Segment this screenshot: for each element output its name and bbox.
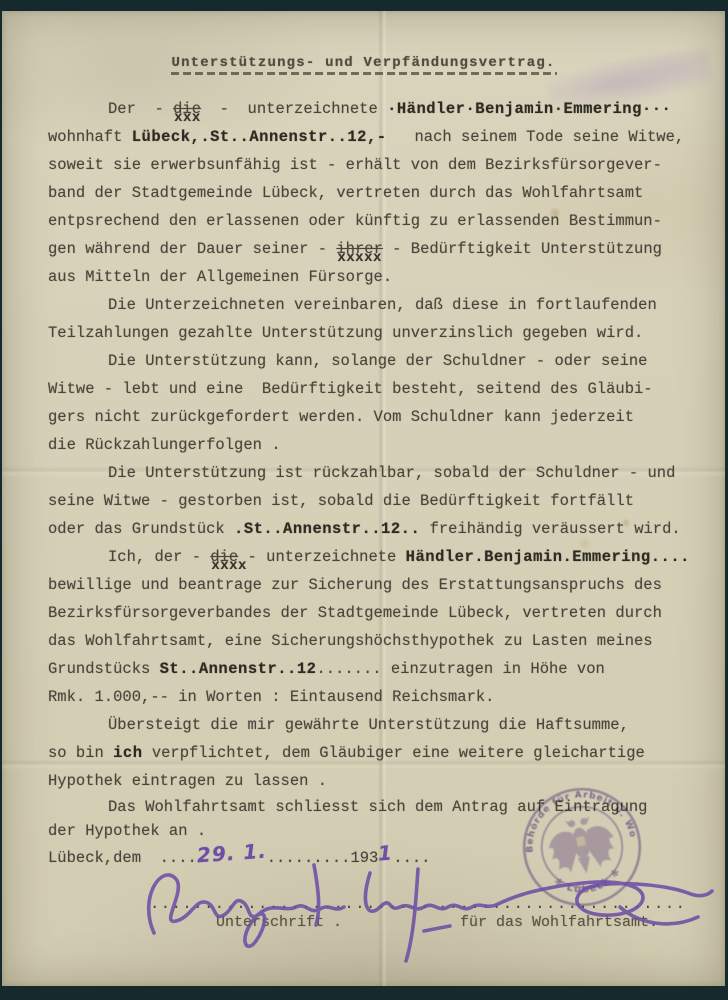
doc-line-6: gen während der Dauer seiner - ihrerxxxx… [48, 235, 691, 263]
overtyped-bold-text: St..Annenstr..12 [160, 660, 317, 678]
doc-line-9: Teilzahlungen gezahlte Unterstützung unv… [48, 319, 691, 347]
overtyped-bold-text: Händler.Benjamin.Emmering.... [406, 548, 690, 566]
struck-out-word: diexxxx [210, 543, 238, 571]
doc-line-14: Die Unterstützung ist rückzahlbar, sobal… [48, 459, 691, 487]
doc-line-20: das Wohlfahrtsamt, eine Sicherungshöchst… [48, 627, 691, 655]
doc-line-2: wohnhaft Lübeck,.St..Annenstr..12,- nach… [48, 123, 691, 151]
struck-out-word: diexxx [173, 95, 201, 123]
overtyped-bold-text: Lübeck,.St..Annenstr..12,- [132, 128, 387, 146]
doc-line-12: gers nicht zurückgefordert werden. Vom S… [48, 403, 691, 431]
overtyped-bold-text: ·Händler·Benjamin·Emmering··· [387, 100, 671, 118]
doc-line-4: band der Stadtgemeinde Lübeck, vertreten… [48, 179, 691, 207]
document-title: Unterstützungs- und Verpfändungsvertrag. [2, 55, 725, 71]
doc-line-13: die Rückzahlungerfolgen . [48, 431, 691, 459]
signature-ink [118, 847, 714, 977]
doc-line-5: entpsrechend den erlassenen oder künftig… [48, 207, 691, 235]
doc-line-3: soweit sie erwerbsunfähig ist - erhält v… [48, 151, 691, 179]
doc-line-23: Übersteigt die mir gewährte Unterstützun… [48, 711, 691, 739]
doc-line-16: oder das Grundstück .St..Annenstr..12.. … [48, 515, 691, 543]
doc-line-21: Grundstücks St..Annenstr..12....... einz… [48, 655, 691, 683]
doc-line-10: Die Unterstützung kann, solange der Schu… [48, 347, 691, 375]
doc-line-8: Die Unterzeichneten vereinbaren, daß die… [48, 291, 691, 319]
doc-line-22: Rmk. 1.000,-- in Worten : Eintausend Rei… [48, 683, 691, 711]
scanned-document-screenshot: { "colors": { "background": "#16292c", "… [0, 0, 728, 1000]
doc-line-24: so bin ich verpflichtet, dem Gläubiger e… [48, 739, 691, 767]
doc-line-19: Bezirksfürsorgeverbandes der Stadtgemein… [48, 599, 691, 627]
doc-line-18: bewillige und beantrage zur Sicherung de… [48, 571, 691, 599]
overtyped-bold-text: .St..Annenstr..12.. [234, 520, 420, 538]
doc-line-15: seine Witwe - gestorben ist, sobald die … [48, 487, 691, 515]
overtyped-bold-text: ich [113, 744, 142, 762]
document-body: Der - diexxx - unterzeichnete ·Händler·B… [48, 95, 691, 867]
doc-line-11: Witwe - lebt und eine Bedürftigkeit best… [48, 375, 691, 403]
title-block: Unterstützungs- und Verpfändungsvertrag. [2, 55, 725, 75]
title-underline [171, 72, 557, 75]
struck-out-word: ihrerxxxxx [336, 235, 383, 263]
doc-line-17: Ich, der - diexxxx - unterzeichnete Händ… [48, 543, 691, 571]
document-paper: Unterstützungs- und Verpfändungsvertrag.… [2, 11, 725, 986]
doc-line-1: Der - diexxx - unterzeichnete ·Händler·B… [48, 95, 691, 123]
